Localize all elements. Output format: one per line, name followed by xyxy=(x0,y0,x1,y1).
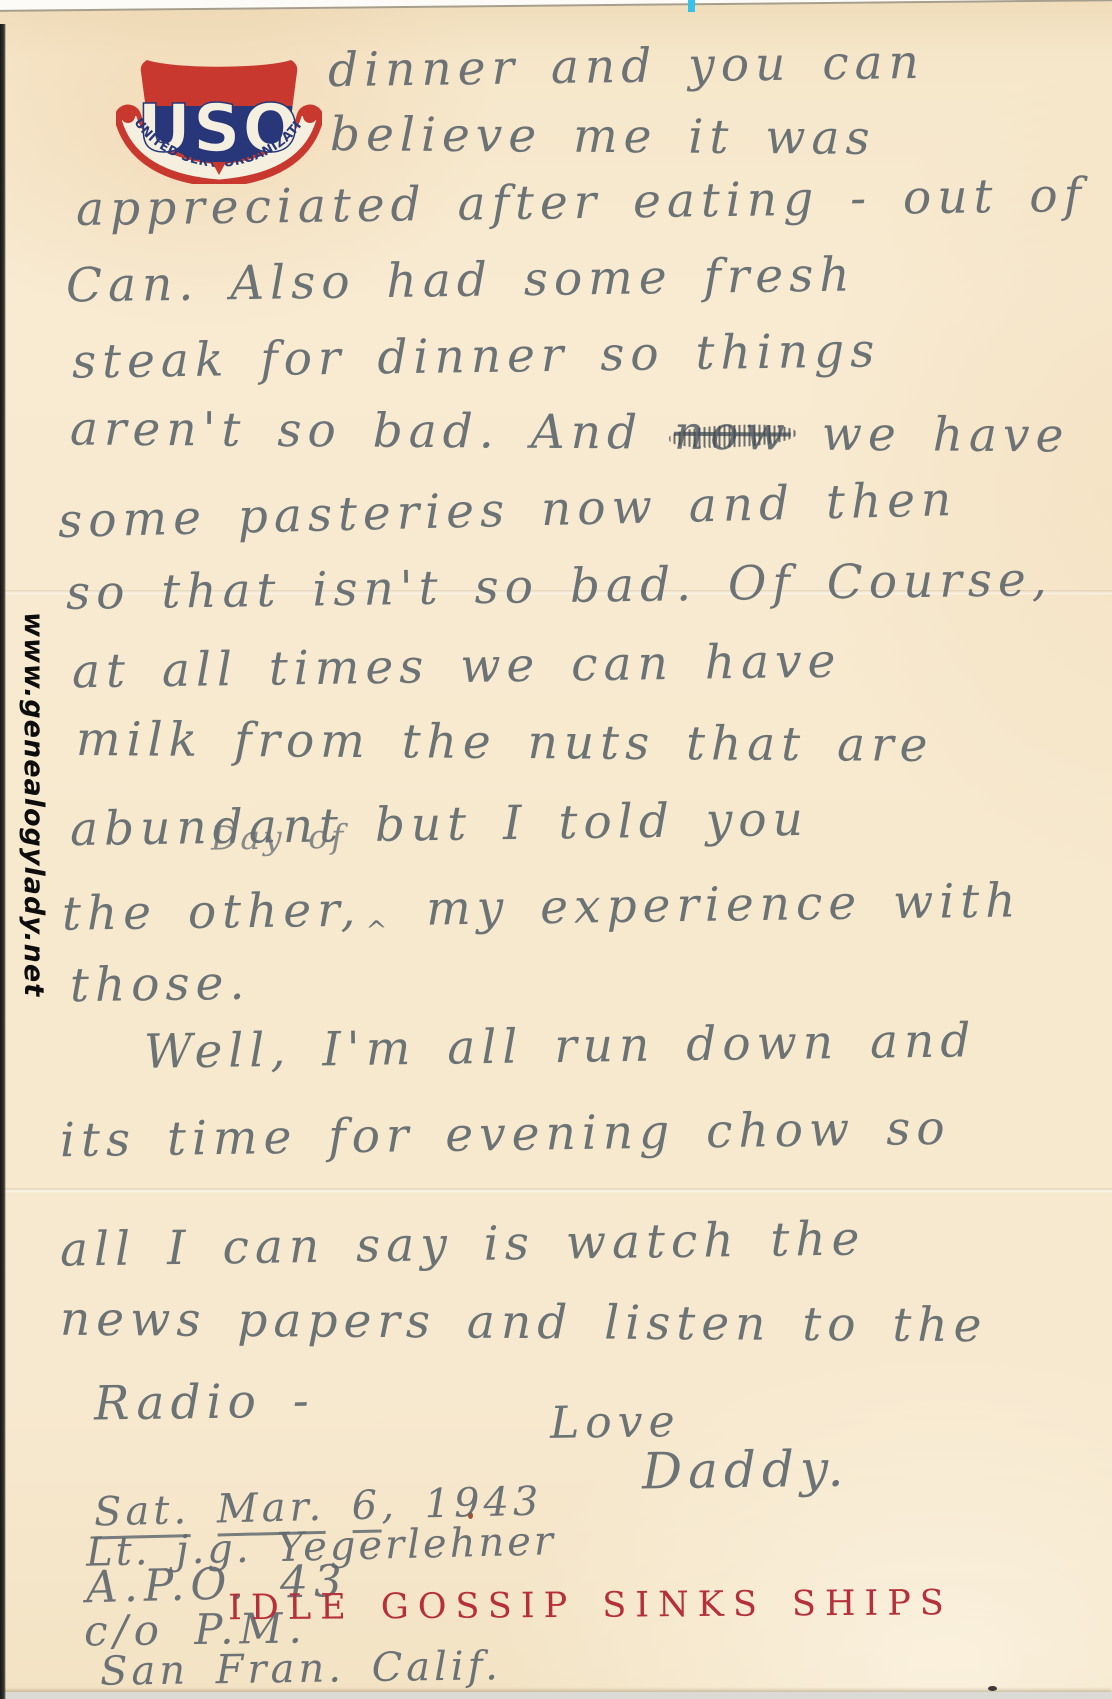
uso-acronym: USO xyxy=(137,90,300,167)
address-city: San Fran. Calif. xyxy=(100,1643,502,1695)
handwritten-line: news papers and listen to the xyxy=(60,1293,988,1354)
printed-slogan: IDLE GOSSIP SINKS SHIPS xyxy=(228,1584,888,1629)
handwritten-line: steak for dinner so things xyxy=(72,324,881,389)
scanner-left-edge xyxy=(0,24,6,1699)
handwritten-line: all I can say is watch the xyxy=(60,1212,866,1277)
scan-artifact-cyan-mark xyxy=(688,0,695,12)
handwritten-line: those. xyxy=(70,957,251,1014)
genealogylady-watermark: www.genealogylady.net xyxy=(18,612,49,992)
crossed-out-word: now xyxy=(674,406,791,462)
handwritten-line: believe me it was xyxy=(330,108,876,166)
handwritten-line: Can. Also had some fresh xyxy=(66,248,856,313)
handwritten-line: abundant but I told you xyxy=(70,793,810,857)
insertion-caret: ^ xyxy=(365,916,393,946)
line-segment: my experience with xyxy=(395,873,1022,937)
uso-logo: USO UNITED SERVICE ORGANIZATIONS xyxy=(116,56,322,184)
paper-bottom-edge xyxy=(0,1692,1112,1699)
scan-speck xyxy=(988,1686,997,1691)
fold-crease-lower xyxy=(0,1188,1112,1193)
line-segment: the other, xyxy=(62,883,362,942)
inserted-words-above: Day of xyxy=(211,818,347,858)
signature: Daddy. xyxy=(642,1441,850,1501)
handwritten-line: milk from the nuts that are xyxy=(76,713,934,773)
handwritten-line: dinner and you can xyxy=(328,36,926,98)
line-segment: we have xyxy=(791,407,1070,464)
scanned-letter-page: USO UNITED SERVICE ORGANIZATIONS www.gen… xyxy=(0,0,1112,1699)
handwritten-line: at all times we can have xyxy=(72,635,842,700)
line-segment: aren't so bad. And xyxy=(70,402,674,461)
handwritten-line: aren't so bad. And now we have xyxy=(70,403,1070,464)
handwritten-line: Radio - xyxy=(94,1374,315,1431)
